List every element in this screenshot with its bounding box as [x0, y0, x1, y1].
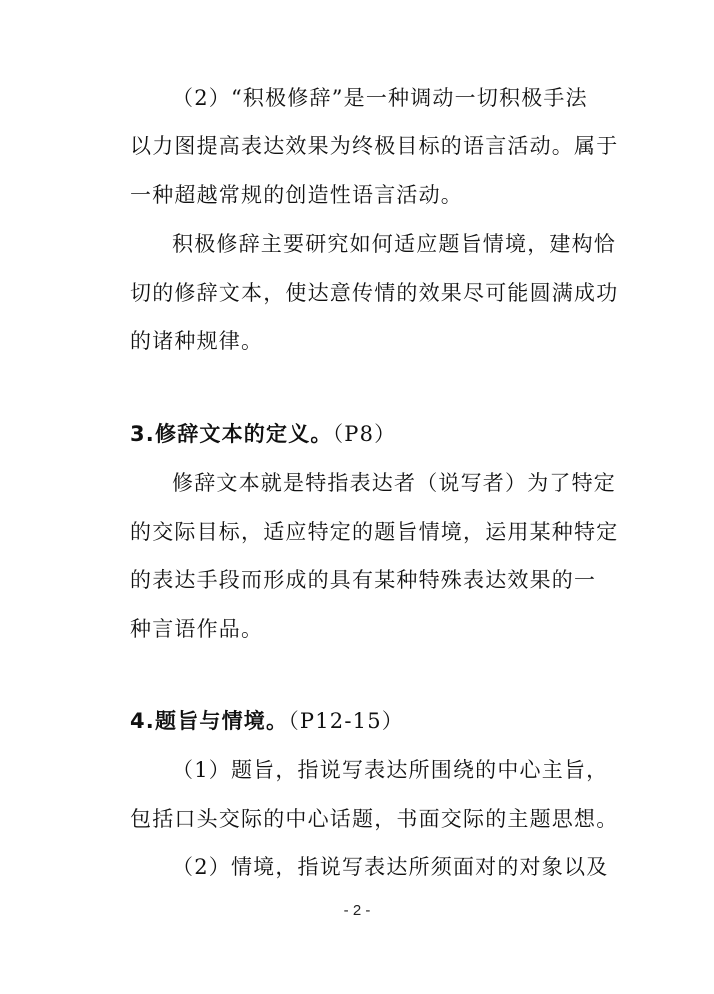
page-reference: （P12-15）	[288, 709, 404, 733]
paragraph-line: 以力图提高表达效果为终极目标的语言活动。属于	[130, 132, 590, 160]
paragraph-line: 的诸种规律。	[130, 327, 590, 355]
paragraph-line: 切的修辞文本，使达意传情的效果尽可能圆满成功	[130, 279, 590, 307]
paragraph-line: （2）情境，指说写表达所须面对的对象以及	[172, 853, 632, 881]
paragraph-line: 修辞文本就是特指表达者（说写者）为了特定	[172, 469, 632, 497]
paragraph-line: （1）题旨，指说写表达所围绕的中心主旨，	[172, 756, 632, 784]
paragraph-line: 包括口头交际的中心话题，书面交际的主题思想。	[130, 805, 590, 833]
paragraph-line: （2）“积极修辞”是一种调动一切积极手法	[172, 84, 632, 112]
heading-text: 4.题旨与情境。	[130, 709, 288, 733]
heading-text: 3.修辞文本的定义。	[130, 422, 333, 446]
section-heading-3: 3.修辞文本的定义。（P8）	[130, 420, 590, 448]
section-heading-4: 4.题旨与情境。（P12-15）	[130, 707, 590, 735]
paragraph-line: 积极修辞主要研究如何适应题旨情境，建构恰	[172, 230, 632, 258]
page-reference: （P8）	[333, 422, 397, 446]
paragraph-line: 的表达手段而形成的具有某种特殊表达效果的一	[130, 566, 590, 594]
paragraph-line: 一种超越常规的创造性语言活动。	[130, 181, 590, 209]
paragraph-line: 种言语作品。	[130, 615, 590, 643]
paragraph-line: 的交际目标，适应特定的题旨情境，运用某种特定	[130, 518, 590, 546]
page-number: - 2 -	[0, 902, 714, 919]
